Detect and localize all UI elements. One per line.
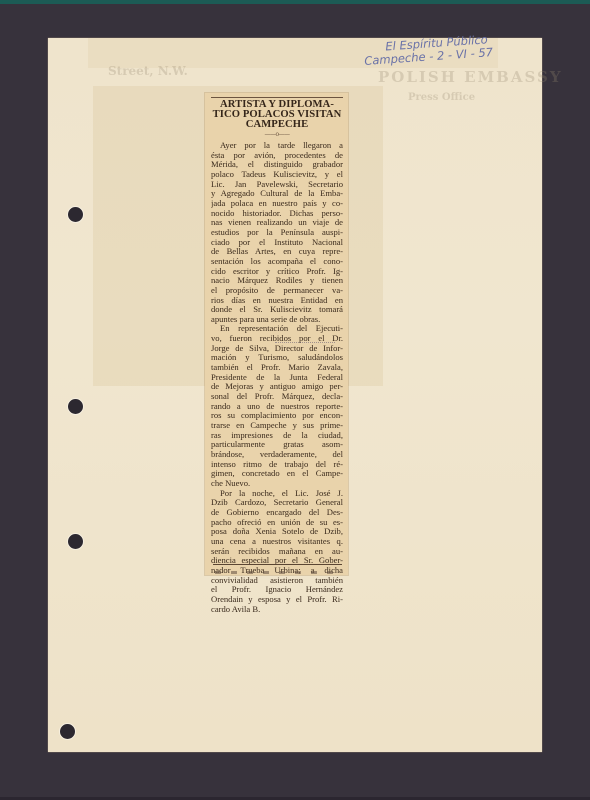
punch-hole xyxy=(60,724,75,739)
article-line: Orendain y esposa y el Profr. Ri- xyxy=(211,595,343,605)
article-line: cido escritor y crítico Profr. Ig- xyxy=(211,267,343,277)
article-line: polaco Tadeus Kuliscievitz, y el xyxy=(211,170,343,180)
article-line: donde el Sr. Kuliscievitz tomará xyxy=(211,305,343,315)
bleed-through-text: Street, N.W. xyxy=(108,64,188,78)
article-line: sentación los acompaña el cono- xyxy=(211,257,343,267)
article-line: ras impresiones de la ciudad, xyxy=(211,431,343,441)
article-line: intenso ritmo de trabajo del ré- xyxy=(211,460,343,470)
article-line: Presidente de la Junta Federal xyxy=(211,373,343,383)
article-line: de Mejoras y antiguo amigo per- xyxy=(211,382,343,392)
article-line: sonal del Profr. Márquez, decla- xyxy=(211,392,343,402)
article-line: apuntes para una serie de obras. xyxy=(211,315,343,325)
scanner-top-edge xyxy=(0,0,590,4)
article-line: el propósito de permanecer va- xyxy=(211,286,343,296)
article-line: nacio Márquez Rodiles y tienen xyxy=(211,276,343,286)
article-line: Lic. Jan Pavelewski, Secretario xyxy=(211,180,343,190)
article-line: de Bellas Artes, en cuya repre- xyxy=(211,247,343,257)
article-line: particularmente gratas asom- xyxy=(211,440,343,450)
article-line: y Agregado Cultural de la Emba- xyxy=(211,189,343,199)
article-line: nas vienen realizando un viaje de xyxy=(211,218,343,228)
article-line: Jorge de Silva, Director de Infor- xyxy=(211,344,343,354)
punch-hole xyxy=(68,207,83,222)
top-rule xyxy=(211,97,343,98)
article-line: ros su complacimiento por encon- xyxy=(211,411,343,421)
article-line: estudios por la Península auspi- xyxy=(211,228,343,238)
article-line: ciado por el Instituto Nacional xyxy=(211,238,343,248)
article-line: brándose, verdaderamente, del xyxy=(211,450,343,460)
article-paragraph: Por la noche, el Lic. José J.Dzib Cardoz… xyxy=(211,489,343,615)
article-line: trarse en Campeche y sus prime- xyxy=(211,421,343,431)
cut-next-article-fragment xyxy=(215,571,336,574)
article-line: Ayer por la tarde llegaron a xyxy=(211,141,343,151)
article-line: gimen, concretado en el Campe- xyxy=(211,469,343,479)
article-line: mación y Turismo, saludándolos xyxy=(211,353,343,363)
article-line: nocido historiador. Dichas perso- xyxy=(211,209,343,219)
article-line: de Gobierno encargado del Des- xyxy=(211,508,343,518)
bottom-rule xyxy=(213,564,342,565)
pencil-underline xyxy=(275,338,335,343)
article-line: ésta por avión, procedentes de xyxy=(211,151,343,161)
article-line: che Nuevo. xyxy=(211,479,343,489)
article-line: el Profr. Ignacio Hernández xyxy=(211,585,343,595)
punch-hole xyxy=(68,534,83,549)
bleed-through-subtext: Press Office xyxy=(408,92,475,103)
article-line: serán recibidos mañana en au- xyxy=(211,547,343,557)
article-line: una cena a nuestros visitantes q. xyxy=(211,537,343,547)
article-line: también el Profr. Mario Zavala, xyxy=(211,363,343,373)
article-line: rios días en nuestra Entidad en xyxy=(211,296,343,306)
newspaper-clipping: ARTISTA Y DIPLOMA- TICO POLACOS VISITAN … xyxy=(205,93,348,575)
article-line: cardo Avila B. xyxy=(211,605,343,615)
headline: ARTISTA Y DIPLOMA- TICO POLACOS VISITAN … xyxy=(211,100,343,130)
ornament-divider: ——o—— xyxy=(211,132,343,138)
article-line: posa doña Xenia Sotelo de Dzib, xyxy=(211,527,343,537)
article-paragraph: Ayer por la tarde llegaron aésta por avi… xyxy=(211,141,343,324)
article-line: convivialidad asistieron también xyxy=(211,576,343,586)
punch-hole xyxy=(68,399,83,414)
article-line: Dzib Cardozo, Secretario General xyxy=(211,498,343,508)
article-line: Por la noche, el Lic. José J. xyxy=(211,489,343,499)
article-paragraph: En representación del Ejecuti-vo, fueron… xyxy=(211,324,343,488)
headline-line: CAMPECHE xyxy=(211,120,343,130)
article-line: Mérida, el distinguido grabador xyxy=(211,160,343,170)
article-line: En representación del Ejecuti- xyxy=(211,324,343,334)
article-line: rando a uno de nuestros reporte- xyxy=(211,402,343,412)
bleed-through-heading: POLISH EMBASSY xyxy=(378,68,563,86)
article-line: pacho ofreció en unión de su es- xyxy=(211,518,343,528)
article-line: jada polaca en nuestro país y co- xyxy=(211,199,343,209)
article-body: Ayer por la tarde llegaron aésta por avi… xyxy=(211,141,343,614)
